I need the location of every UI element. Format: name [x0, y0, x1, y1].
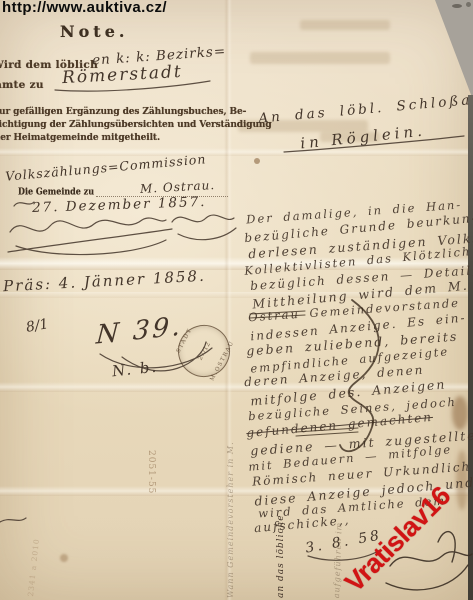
photo-artifact: [466, 2, 471, 7]
fold-crease: [0, 148, 469, 156]
ink-bleedthrough: [300, 20, 390, 30]
paper-spot: [60, 554, 68, 562]
scanned-letter-photo: http://www.auktiva.cz/ Note. Wird dem lö…: [0, 0, 473, 600]
note-title: Note.: [60, 22, 128, 41]
printed-line2: amte zu: [0, 79, 44, 91]
pencil-inventory-code: 2051-55: [146, 450, 156, 494]
gemeinde-label: Die Gemeinde zu: [18, 185, 94, 197]
photo-artifact: [452, 4, 462, 8]
printed-paragraph-line: der Heimatgemeinde mitgetheilt.: [0, 133, 160, 143]
printed-paragraph-line: zur gefälligen Ergänzung des Zählungsbuc…: [0, 107, 246, 117]
ink-bleedthrough: [250, 52, 390, 64]
vertical-faint-note: Wann Gemeindevorsteher in M.: [226, 441, 235, 598]
stamp-date: 27/12: [196, 341, 211, 362]
site-url-watermark: http://www.auktiva.cz/: [2, 0, 167, 16]
photo-background-edge: [468, 95, 473, 600]
printed-paragraph-line: richtigung der Zählungsübersichten und V…: [0, 120, 272, 130]
vertical-margin-note: an das löbliche: [276, 514, 286, 598]
ink-spot: [254, 158, 260, 164]
